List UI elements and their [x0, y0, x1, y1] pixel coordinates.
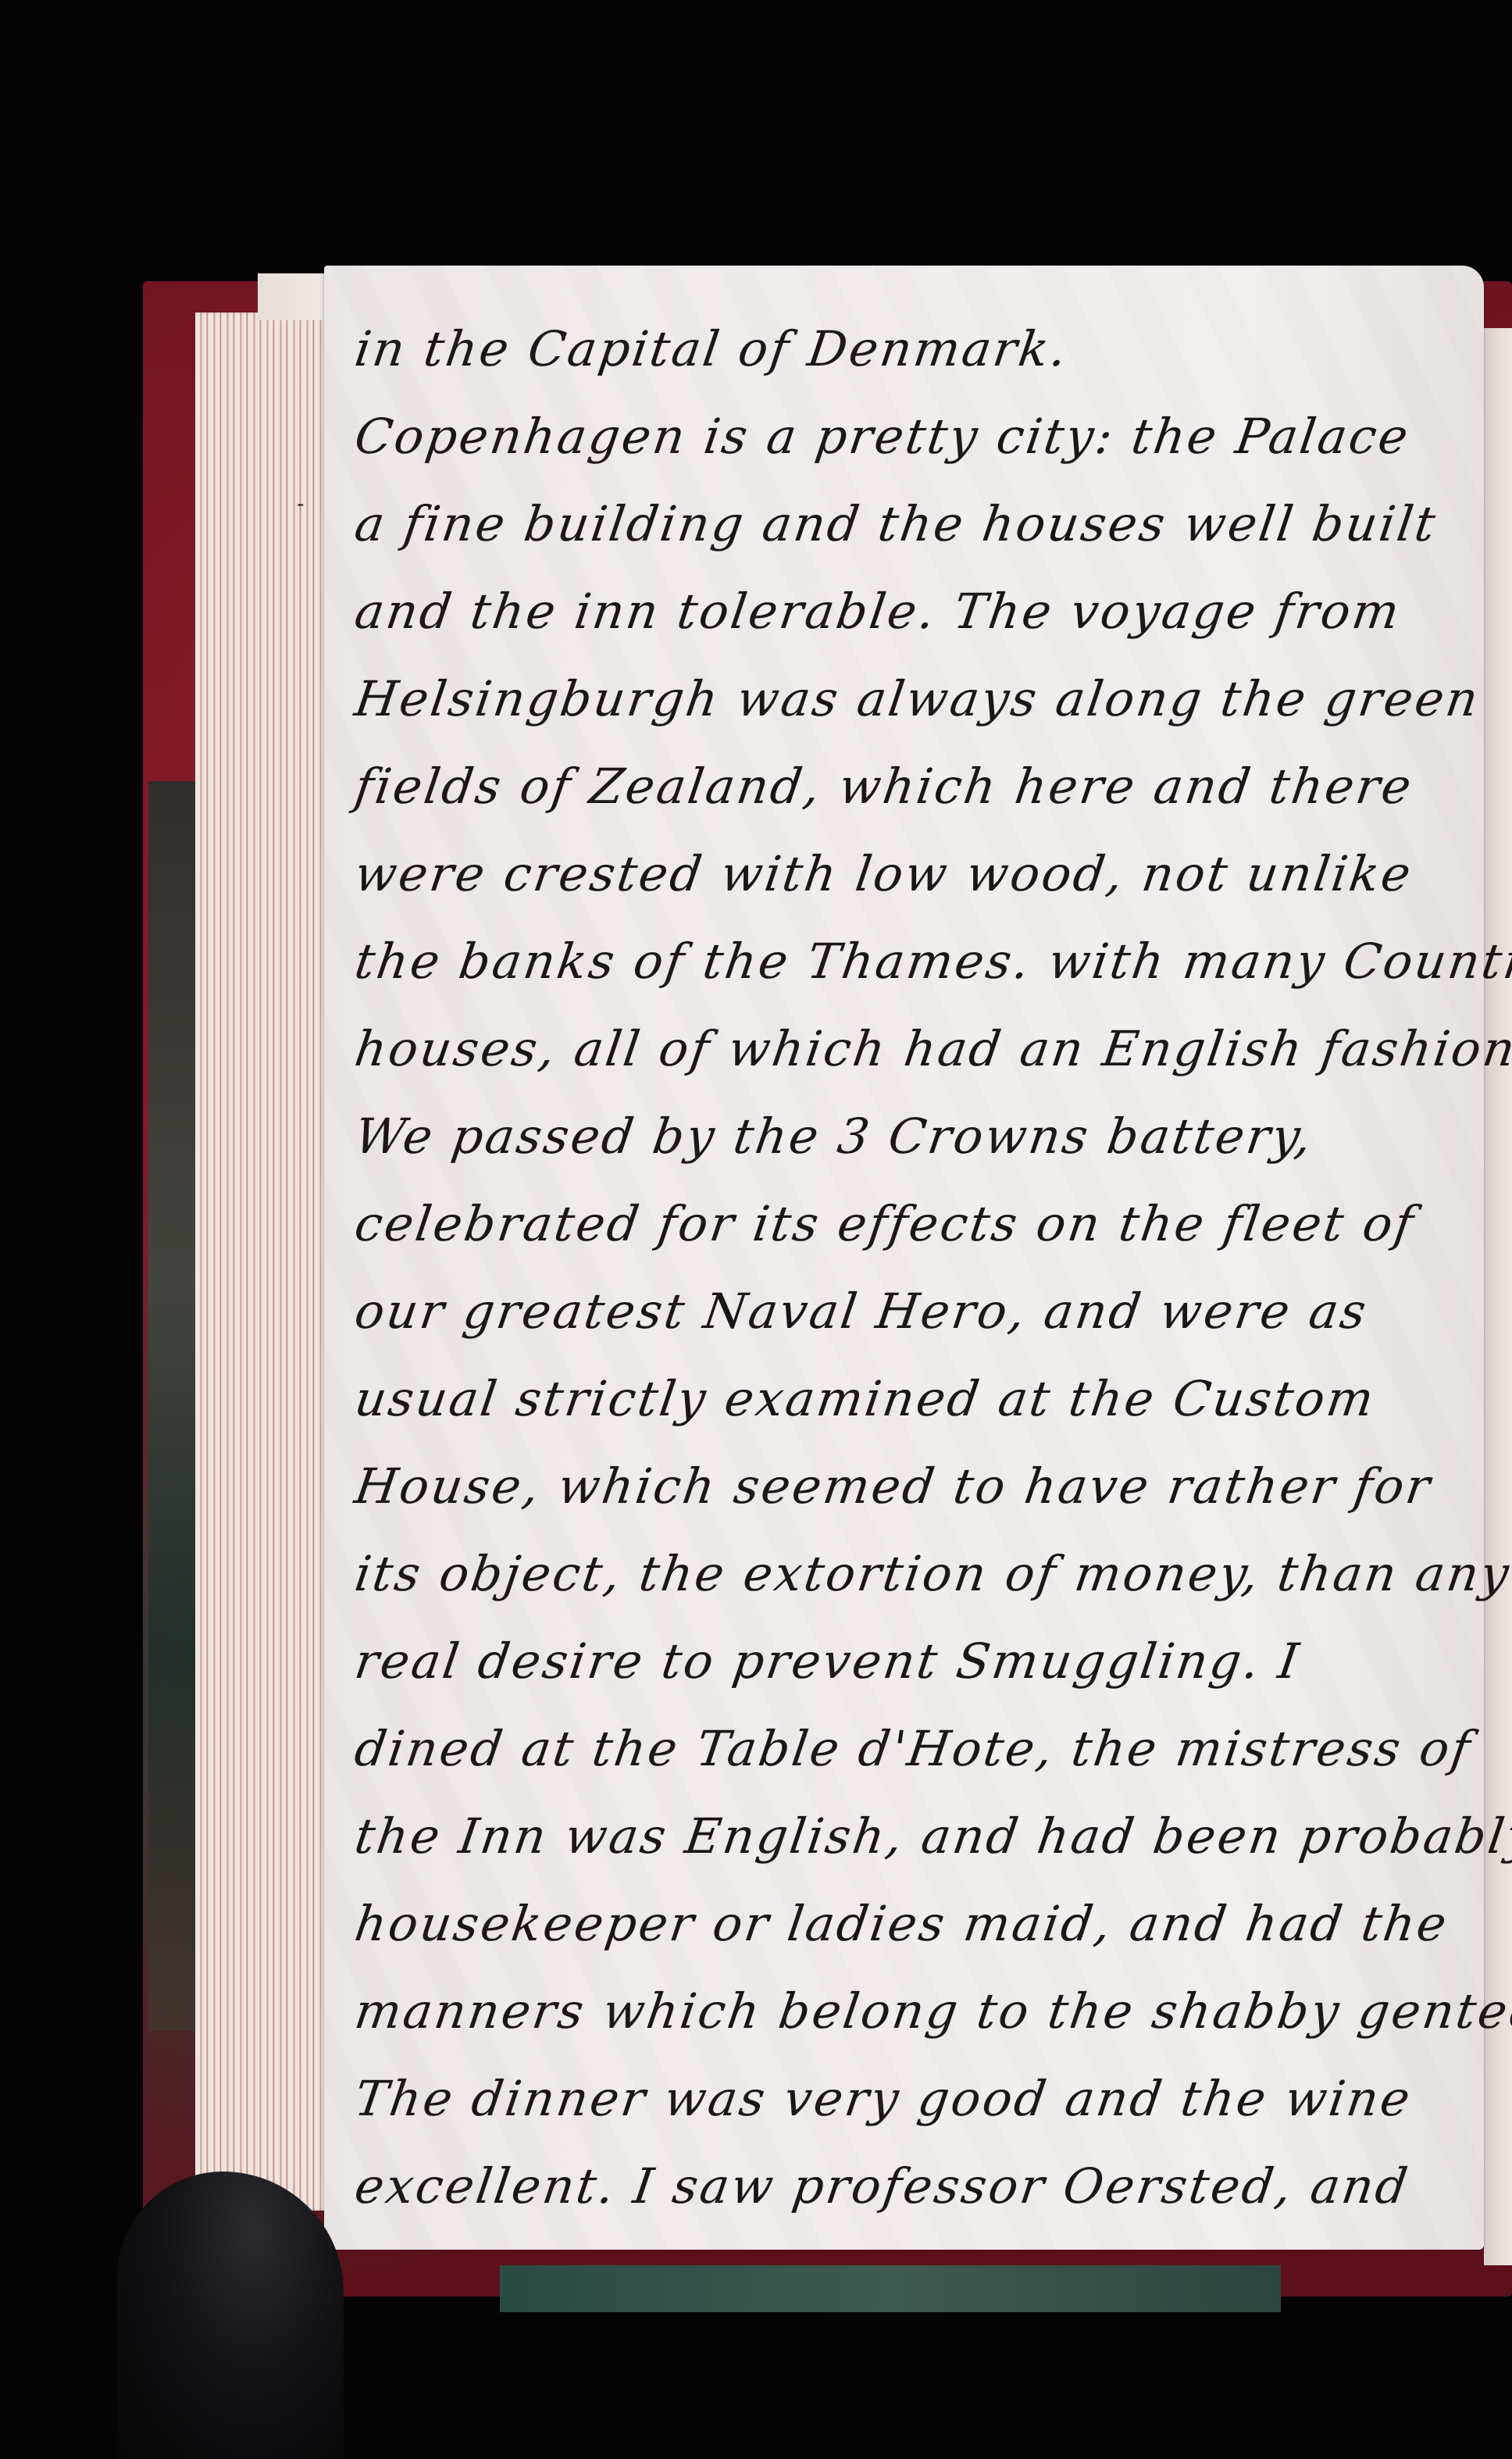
text-line: manners which belong to the shabby gente… [351, 1983, 1457, 2040]
manuscript-page: in the Capital of Denmark. Copenhagen is… [324, 266, 1484, 2250]
text-line: usual strictly examined at the Custom [351, 1370, 1457, 1427]
text-line: We passed by the 3 Crowns battery, [351, 1108, 1457, 1165]
facing-page-edge [1484, 328, 1512, 2265]
text-line: the banks of the Thames. with many Count… [351, 933, 1457, 990]
text-line: real desire to prevent Smuggling. I [351, 1633, 1457, 1690]
text-line: our greatest Naval Hero, and were as [351, 1283, 1457, 1340]
text-line: housekeeper or ladies maid, and had the [351, 1895, 1457, 1952]
text-line: Helsingburgh was always along the green [351, 670, 1457, 727]
margin-mark: - [297, 491, 304, 516]
text-line: fields of Zealand, which here and there [351, 758, 1457, 815]
text-line: its object, the extortion of money, than… [351, 1545, 1457, 1602]
gloved-hand [117, 2172, 344, 2459]
text-line: excellent. I saw professor Oersted, and [351, 2157, 1457, 2215]
text-line: the Inn was English, and had been probab… [351, 1808, 1457, 1865]
text-line: a fine building and the houses well buil… [351, 495, 1457, 552]
cover-bottom-edge [500, 2265, 1281, 2312]
text-line: House, which seemed to have rather for [351, 1458, 1457, 1515]
page-stack-edges [195, 312, 332, 2211]
text-line: were crested with low wood, not unlike [351, 845, 1457, 902]
text-line: dined at the Table d'Hote, the mistress … [351, 1720, 1457, 1777]
text-line: in the Capital of Denmark. [351, 320, 1457, 377]
text-line: Copenhagen is a pretty city: the Palace [351, 408, 1457, 465]
text-line: and the inn tolerable. The voyage from [351, 583, 1457, 640]
text-line: houses, all of which had an English fash… [351, 1020, 1457, 1077]
text-line: The dinner was very good and the wine [351, 2070, 1457, 2127]
text-line: celebrated for its effects on the fleet … [351, 1195, 1457, 1252]
